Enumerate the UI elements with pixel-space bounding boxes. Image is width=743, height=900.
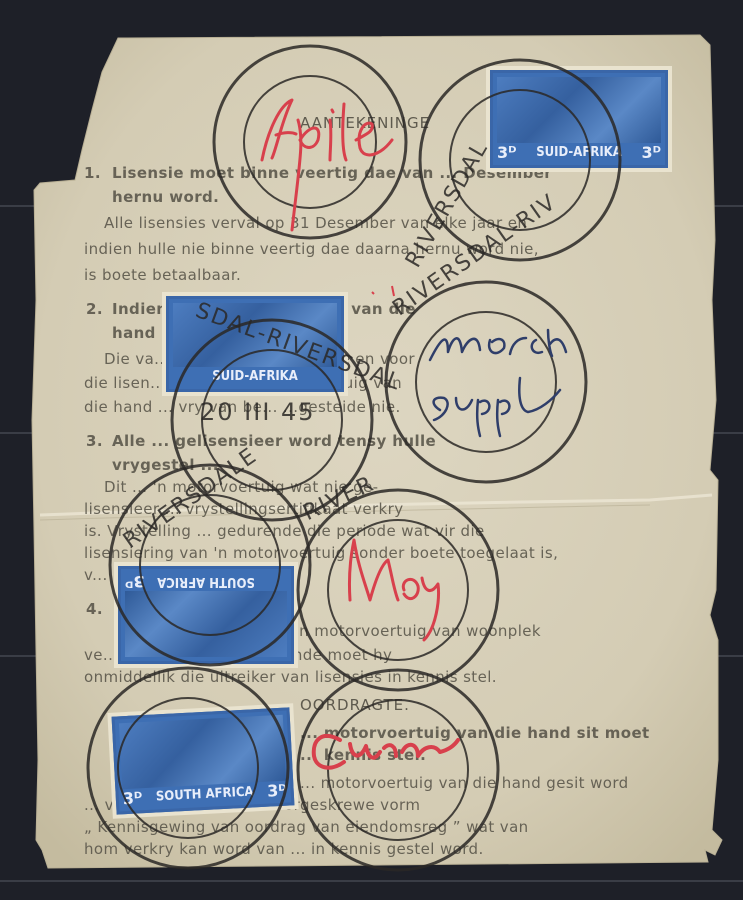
red-ink-mark [372, 286, 394, 296]
manuscript-layer [0, 0, 743, 900]
manuscript-may [349, 540, 438, 640]
manuscript-june [314, 736, 458, 768]
manuscript-suppl [434, 378, 560, 436]
manuscript-march [430, 330, 566, 360]
manuscript-april [262, 100, 392, 230]
